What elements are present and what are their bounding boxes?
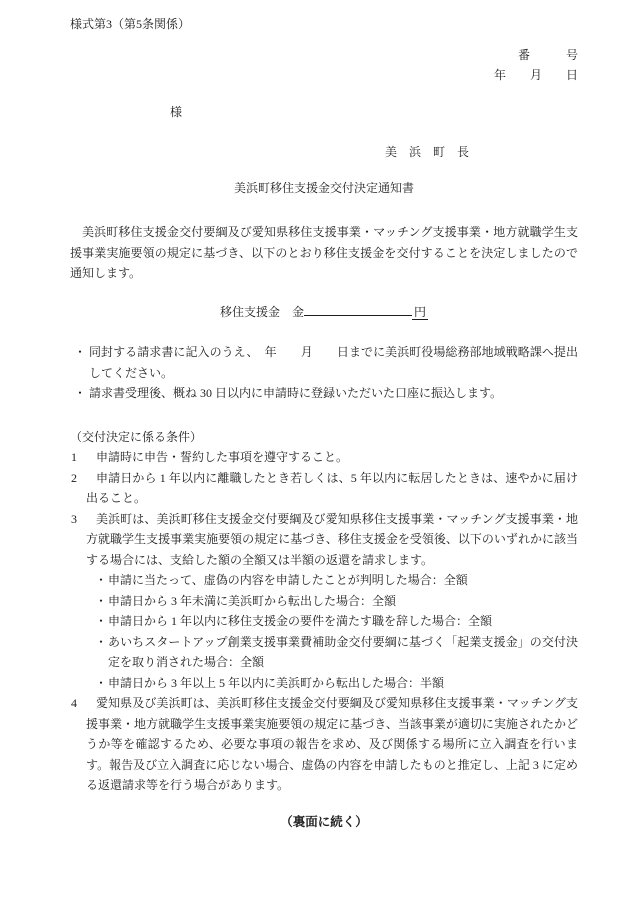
note-item: ・同封する請求書に記入のうえ、 年 月 日までに美浜町役場総務部地域戦略課へ提出… bbox=[70, 342, 578, 383]
amount-label: 移住支援金 bbox=[220, 305, 280, 319]
date-label: 年 月 日 bbox=[70, 65, 578, 86]
condition-item-1: 1 申請時に申告・誓約した事項を遵守すること。 bbox=[70, 447, 578, 468]
bullet-marker: ・ bbox=[74, 383, 86, 404]
bullet-marker: ・ bbox=[95, 673, 107, 694]
amount-prefix: 金 bbox=[292, 305, 304, 319]
condition-number: 1 bbox=[71, 447, 77, 468]
note-text: 請求書受理後、概ね 30 日以内に申請時に登録いただいた口座に振込します。 bbox=[89, 386, 502, 400]
condition-item-2: 2 申請日から 1 年以内に離職したとき若しくは、5 年以内に転居したときは、速… bbox=[70, 468, 578, 509]
addressee-line: 様 bbox=[70, 102, 578, 123]
bullet-marker: ・ bbox=[95, 611, 107, 632]
condition-text: 申請時に申告・誓約した事項を遵守すること。 bbox=[86, 447, 578, 468]
notes-list: ・同封する請求書に記入のうえ、 年 月 日までに美浜町役場総務部地域戦略課へ提出… bbox=[70, 342, 578, 404]
subitem-text: 申請日から 3 年以上 5 年以内に美浜町から転出した場合：半額 bbox=[108, 676, 444, 690]
bullet-marker: ・ bbox=[95, 570, 107, 591]
intro-paragraph: 美浜町移住支援金交付要綱及び愛知県移住支援事業・マッチング支援事業・地方就職学生… bbox=[70, 222, 578, 284]
condition-number: 2 bbox=[71, 468, 77, 489]
form-number: 様式第3（第5条関係） bbox=[70, 14, 578, 35]
note-item: ・請求書受理後、概ね 30 日以内に申請時に登録いただいた口座に振込します。 bbox=[70, 383, 578, 404]
subitem-text: あいちスタートアップ創業支援事業費補助金交付要綱に基づく「起業支援金」の交付決定… bbox=[108, 635, 578, 670]
subitem: ・申請日から 3 年以上 5 年以内に美浜町から転出した場合：半額 bbox=[95, 673, 578, 694]
subitem: ・申請に当たって、虚偽の内容を申請したことが判明した場合：全額 bbox=[95, 570, 578, 591]
document-page: 様式第3（第5条関係） 番 号 年 月 日 様 美 浜 町 長 美浜町移住支援金… bbox=[0, 0, 630, 903]
subitem-text: 申請に当たって、虚偽の内容を申請したことが判明した場合：全額 bbox=[108, 573, 468, 587]
note-text: 同封する請求書に記入のうえ、 年 月 日までに美浜町役場総務部地域戦略課へ提出し… bbox=[89, 345, 578, 380]
subitem: ・あいちスタートアップ創業支援事業費補助金交付要綱に基づく「起業支援金」の交付決… bbox=[95, 632, 578, 673]
sender-title: 美 浜 町 長 bbox=[70, 142, 578, 163]
amount-unit: 円 bbox=[412, 305, 428, 320]
amount-blank-field bbox=[304, 302, 412, 316]
conditions-list: 1 申請時に申告・誓約した事項を遵守すること。 2 申請日から 1 年以内に離職… bbox=[70, 447, 578, 796]
bullet-marker: ・ bbox=[95, 632, 107, 653]
bullet-marker: ・ bbox=[74, 342, 86, 363]
condition-text: 美浜町は、美浜町移住支援金交付要綱及び愛知県移住支援事業・マッチング支援事業・地… bbox=[86, 509, 578, 571]
condition-item-3: 3 美浜町は、美浜町移住支援金交付要綱及び愛知県移住支援事業・マッチング支援事業… bbox=[70, 509, 578, 694]
condition-3-subitems: ・申請に当たって、虚偽の内容を申請したことが判明した場合：全額 ・申請日から 3… bbox=[95, 570, 578, 693]
condition-item-4: 4 愛知県及び美浜町は、美浜町移住支援金交付要綱及び愛知県移住支援事業・マッチン… bbox=[70, 693, 578, 796]
document-title: 美浜町移住支援金交付決定通知書 bbox=[70, 178, 578, 199]
subitem: ・申請日から 1 年以内に移住支援金の要件を満たす職を辞した場合：全額 bbox=[95, 611, 578, 632]
addressee-suffix: 様 bbox=[170, 105, 182, 119]
conditions-heading: （交付決定に係る条件） bbox=[70, 427, 578, 448]
footer-note: （裏面に続く） bbox=[70, 812, 578, 833]
subitem: ・申請日から 3 年未満に美浜町から転出した場合：全額 bbox=[95, 591, 578, 612]
condition-text: 愛知県及び美浜町は、美浜町移住支援金交付要綱及び愛知県移住支援事業・マッチング支… bbox=[86, 693, 578, 796]
condition-number: 4 bbox=[71, 693, 77, 714]
doc-number-label: 番 号 bbox=[70, 45, 578, 66]
subitem-text: 申請日から 1 年以内に移住支援金の要件を満たす職を辞した場合：全額 bbox=[108, 614, 492, 628]
subitem-text: 申請日から 3 年未満に美浜町から転出した場合：全額 bbox=[108, 594, 396, 608]
grant-amount-line: 移住支援金金円 bbox=[70, 302, 578, 323]
condition-number: 3 bbox=[71, 509, 77, 530]
condition-text: 申請日から 1 年以内に離職したとき若しくは、5 年以内に転居したときは、速やか… bbox=[86, 468, 578, 509]
bullet-marker: ・ bbox=[95, 591, 107, 612]
